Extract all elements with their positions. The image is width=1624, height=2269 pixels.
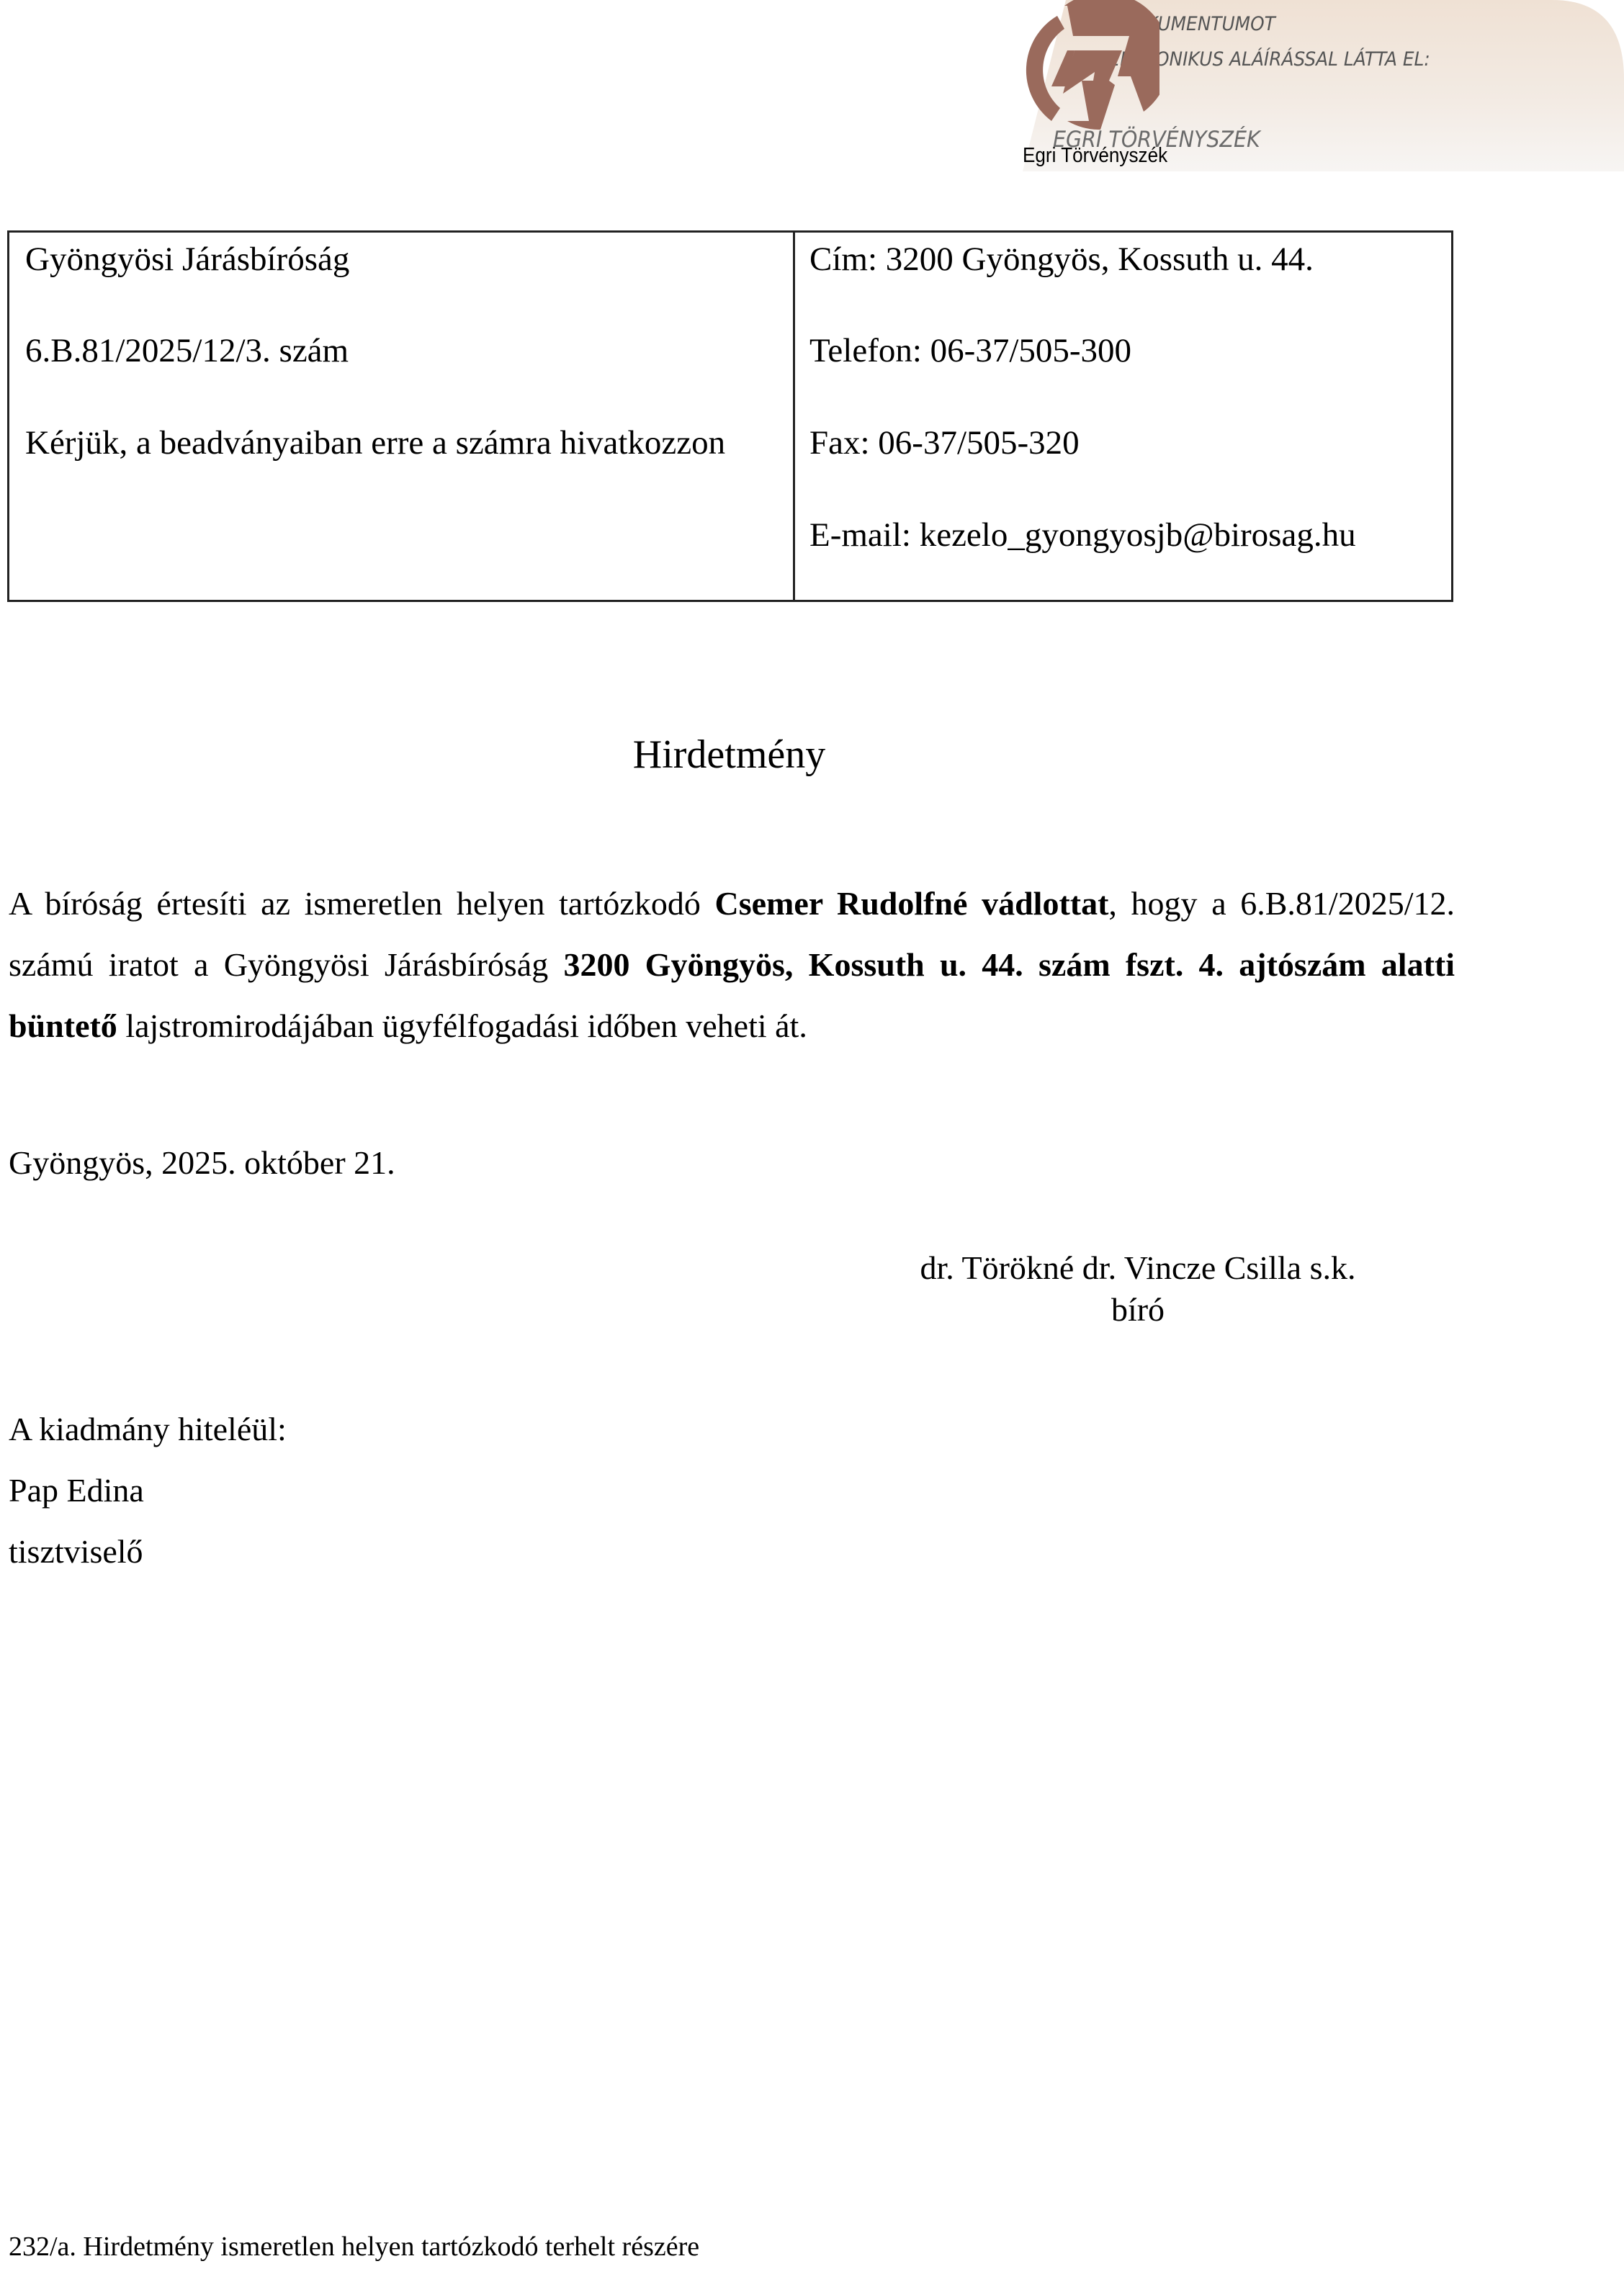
- certification-label: A kiadmány hiteléül:: [9, 1413, 287, 1446]
- contact-info-cell: Cím: 3200 Gyöngyös, Kossuth u. 44. Telef…: [795, 233, 1451, 600]
- court-email: E-mail: kezelo_gyongyosjb@birosag.hu: [809, 518, 1356, 552]
- court-name: Gyöngyösi Járásbíróság: [25, 243, 349, 277]
- court-header-table: Gyöngyösi Járásbíróság 6.B.81/2025/12/3.…: [7, 230, 1453, 602]
- place-date: Gyöngyös, 2025. október 21.: [9, 1146, 395, 1180]
- body-text-1: A bíróság értesíti az ismeretlen helyen …: [9, 885, 714, 922]
- judge-role: bíró: [850, 1293, 1426, 1326]
- certifier-name: Pap Edina: [9, 1474, 144, 1507]
- reference-note: Kérjük, a beadványaiban erre a számra hi…: [25, 426, 725, 460]
- signer-label: Egri Törvényszék: [1023, 144, 1167, 168]
- certifier-role: tisztviselő: [9, 1535, 143, 1568]
- defendant-name: Csemer Rudolfné vádlottat: [714, 885, 1108, 922]
- judge-name: dr. Törökné dr. Vincze Csilla s.k.: [850, 1252, 1426, 1285]
- court-phone: Telefon: 06-37/505-300: [809, 334, 1131, 368]
- court-logo-icon: [1023, 0, 1159, 137]
- court-fax: Fax: 06-37/505-320: [809, 426, 1080, 460]
- notice-body: A bíróság értesíti az ismeretlen helyen …: [9, 873, 1455, 1056]
- court-info-cell: Gyöngyösi Járásbíróság 6.B.81/2025/12/3.…: [9, 233, 795, 600]
- document-title: Hirdetmény: [0, 732, 1458, 778]
- form-footer: 232/a. Hirdetmény ismeretlen helyen tart…: [9, 2231, 699, 2263]
- court-address: Cím: 3200 Gyöngyös, Kossuth u. 44.: [809, 243, 1314, 277]
- case-number: 6.B.81/2025/12/3. szám: [25, 334, 349, 368]
- body-text-3: lajstromirodájában ügyfélfogadási időben…: [117, 1007, 807, 1044]
